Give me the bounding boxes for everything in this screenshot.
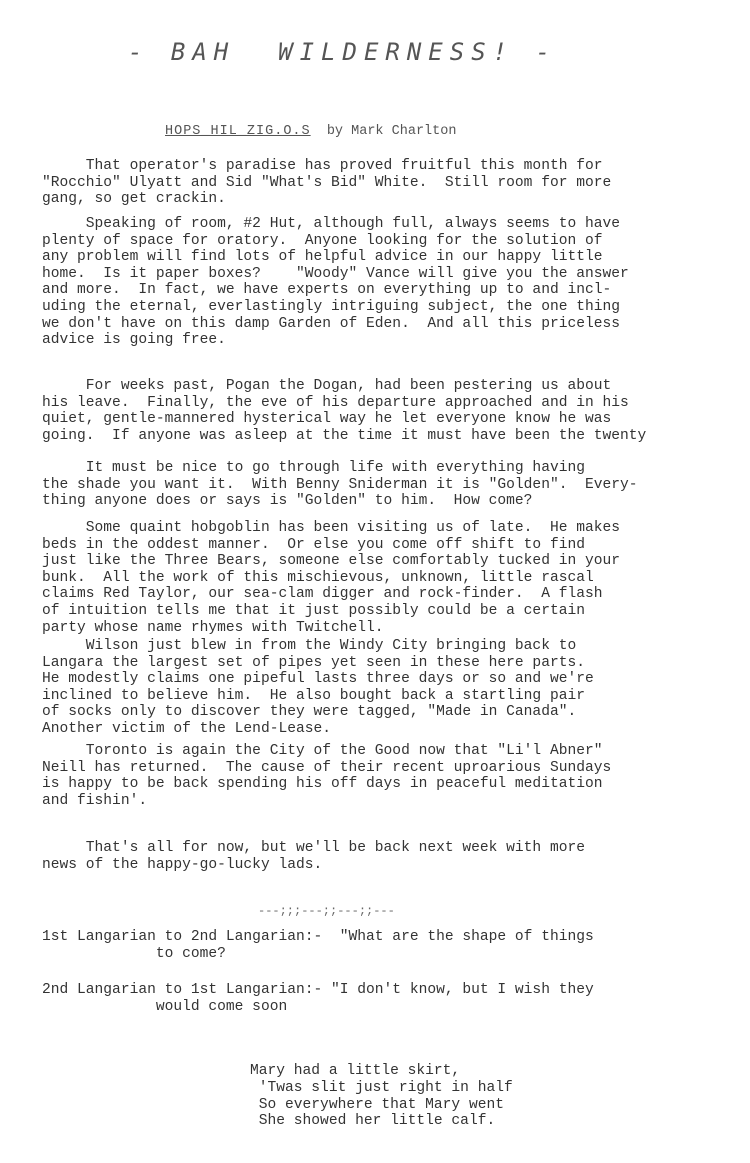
paragraph: Toronto is again the City of the Good no… (42, 743, 722, 809)
paragraph: It must be nice to go through life with … (42, 460, 722, 510)
poem: Mary had a little skirt, 'Twas slit just… (250, 1063, 513, 1130)
byline: HOPS_HIL_ZIG.O.S by Mark Charlton (165, 124, 456, 139)
paragraph: That operator's paradise has proved frui… (42, 158, 722, 208)
section-separator: ---;;;---;;---;;--- (258, 904, 395, 918)
column-heading: HOPS_HIL_ZIG.O.S (165, 124, 311, 139)
author: by Mark Charlton (327, 124, 457, 139)
paragraph: That's all for now, but we'll be back ne… (42, 840, 722, 873)
dialogue-line: 1st Langarian to 2nd Langarian:- "What a… (42, 929, 722, 962)
paragraph: Speaking of room, #2 Hut, although full,… (42, 216, 722, 349)
page-title: - BAH WILDERNESS! - (128, 38, 557, 66)
dialogue-line: 2nd Langarian to 1st Langarian:- "I don'… (42, 982, 722, 1015)
paragraph: Some quaint hobgoblin has been visiting … (42, 520, 722, 636)
paragraph: Wilson just blew in from the Windy City … (42, 638, 722, 738)
typewritten-page: - BAH WILDERNESS! - HOPS_HIL_ZIG.O.S by … (0, 0, 750, 1163)
paragraph: For weeks past, Pogan the Dogan, had bee… (42, 378, 722, 444)
